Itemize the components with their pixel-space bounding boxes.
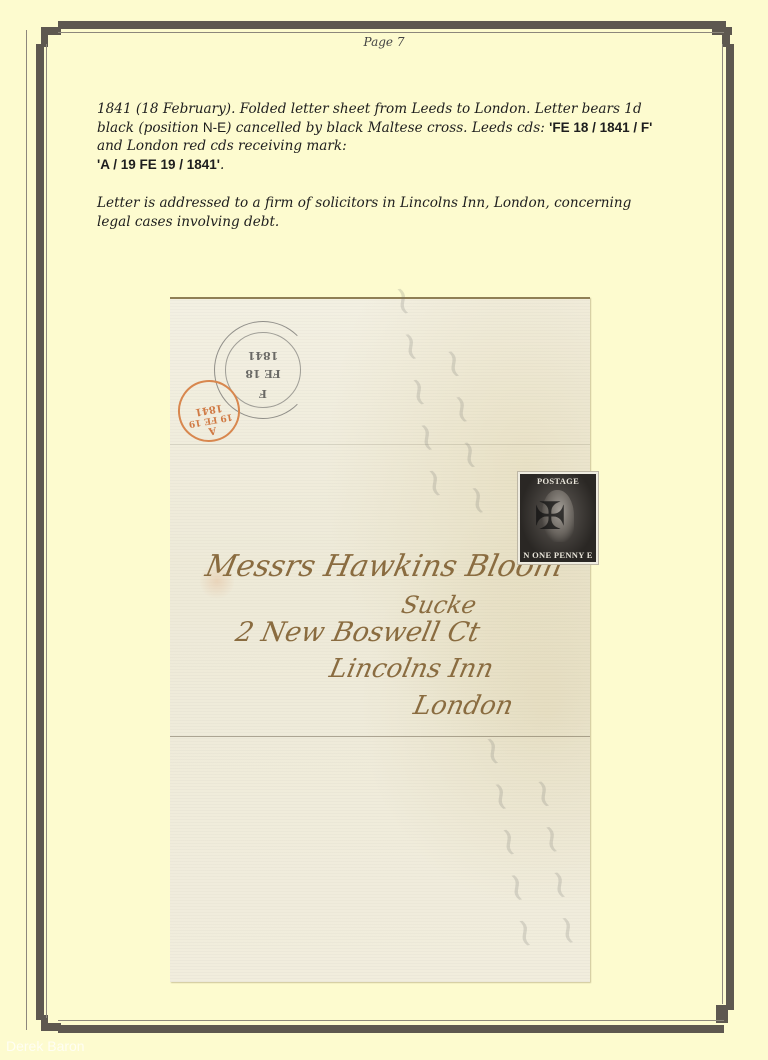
frame-bottom (58, 1025, 724, 1033)
description-paragraph-2: Letter is addressed to a firm of solicit… (97, 194, 657, 231)
frame-right (726, 44, 734, 1010)
stamp-corner-right: E (587, 550, 593, 560)
london-cds-text: 'A / 19 FE 19 / 1841' (97, 157, 220, 172)
stamp-corner-left: N (523, 550, 529, 560)
penny-black-stamp: POSTAGE ✠ N ONE PENNY E (518, 472, 598, 564)
leeds-cds-text: 'FE 18 / 1841 / F' (549, 120, 652, 135)
frame-outer-left (26, 30, 27, 1030)
stamp-value: ONE PENNY (532, 550, 584, 560)
frame-inner-left (46, 44, 47, 1018)
fold-line-upper (170, 444, 590, 445)
desc-paragraph-2-text: Letter is addressed to a firm of solicit… (97, 194, 657, 231)
address-line-2: Sucke (399, 591, 479, 619)
desc-text-2: ) cancelled by black Maltese cross. Leed… (226, 120, 549, 136)
maltese-cross-icon: ✠ (534, 494, 566, 538)
frame-inner-top (58, 32, 724, 33)
page-title: Page 7 (0, 35, 768, 49)
frame-inner-right (722, 44, 723, 1004)
desc-text-4: . (220, 157, 224, 173)
address-line-3: 2 New Boswell Ct (233, 617, 483, 648)
leeds-postmark-line2: FE 18 (215, 367, 311, 380)
description-paragraph-1: 1841 (18 February). Folded letter sheet … (97, 100, 657, 174)
frame-top (58, 21, 726, 29)
fold-line-lower (170, 736, 590, 737)
frame-left (36, 44, 44, 1020)
address-line-5: London (411, 691, 516, 721)
stamp-position: N-E (203, 120, 226, 135)
address-line-1: Messrs Hawkins Bloom (202, 549, 566, 584)
frame-inner-bottom (58, 1020, 724, 1021)
folded-letter-sheet: ~ ~ ~ ~ ~ ~ ~ ~ ~ ~ ~ ~ ~ ~ ~ ~ ~ ~ F FE… (170, 297, 590, 982)
leeds-postmark-line3: 1841 (215, 349, 311, 362)
watermark: Derek Baron (6, 1038, 85, 1054)
address-line-4: Lincolns Inn (327, 654, 496, 684)
stamp-top-label: POSTAGE (520, 476, 596, 486)
desc-text-3: and London red cds receiving mark: (97, 138, 347, 154)
stamp-bottom-label: N ONE PENNY E (520, 550, 596, 560)
